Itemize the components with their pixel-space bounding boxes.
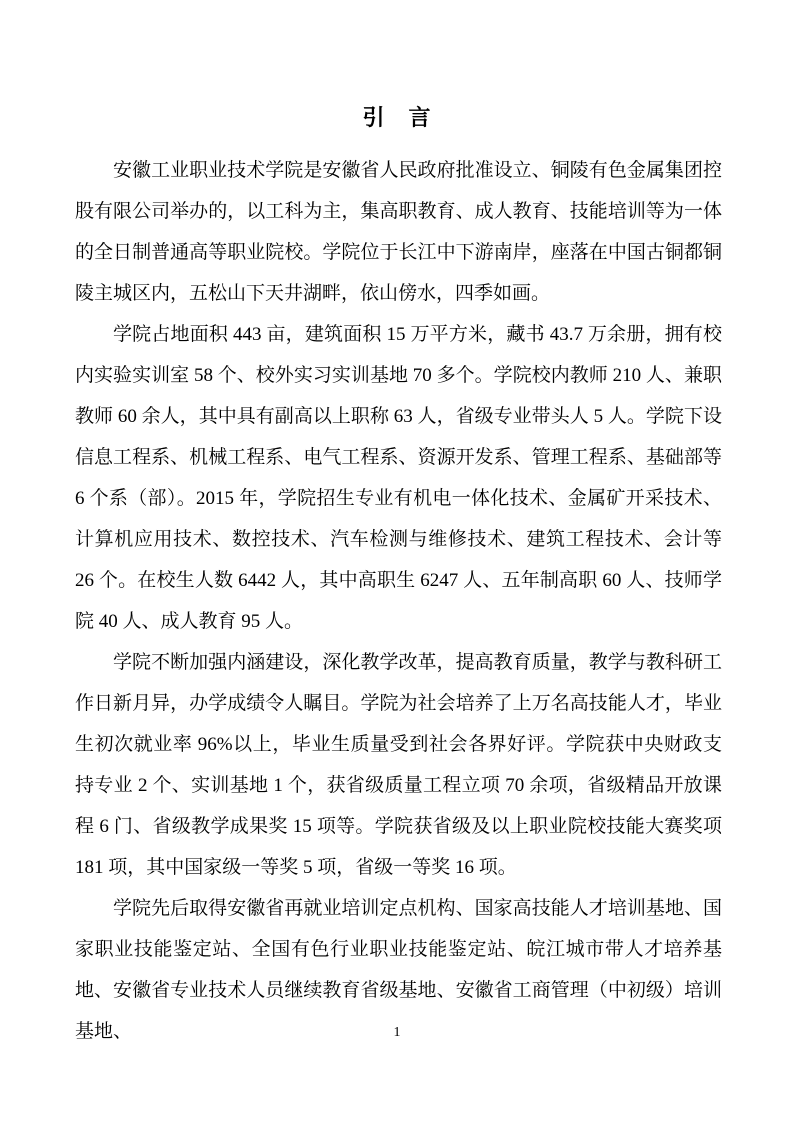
document-body: 安徽工业职业技术学院是安徽省人民政府批准设立、铜陵有色金属集团控股有限公司举办的…: [75, 150, 722, 1052]
page-number: 1: [394, 1025, 401, 1040]
document-title: 引 言: [0, 101, 794, 134]
document-page: 引 言 安徽工业职业技术学院是安徽省人民政府批准设立、铜陵有色金属集团控股有限公…: [0, 0, 794, 1123]
paragraph-campus-stats: 学院占地面积 443 亩，建筑面积 15 万平方米，藏书 43.7 万余册，拥有…: [75, 314, 722, 642]
paragraph-intro: 安徽工业职业技术学院是安徽省人民政府批准设立、铜陵有色金属集团控股有限公司举办的…: [75, 150, 722, 314]
paragraph-achievements: 学院不断加强内涵建设，深化教学改革，提高教育质量，教学与教科研工作日新月异，办学…: [75, 642, 722, 888]
page-footer: 1: [0, 1023, 794, 1043]
